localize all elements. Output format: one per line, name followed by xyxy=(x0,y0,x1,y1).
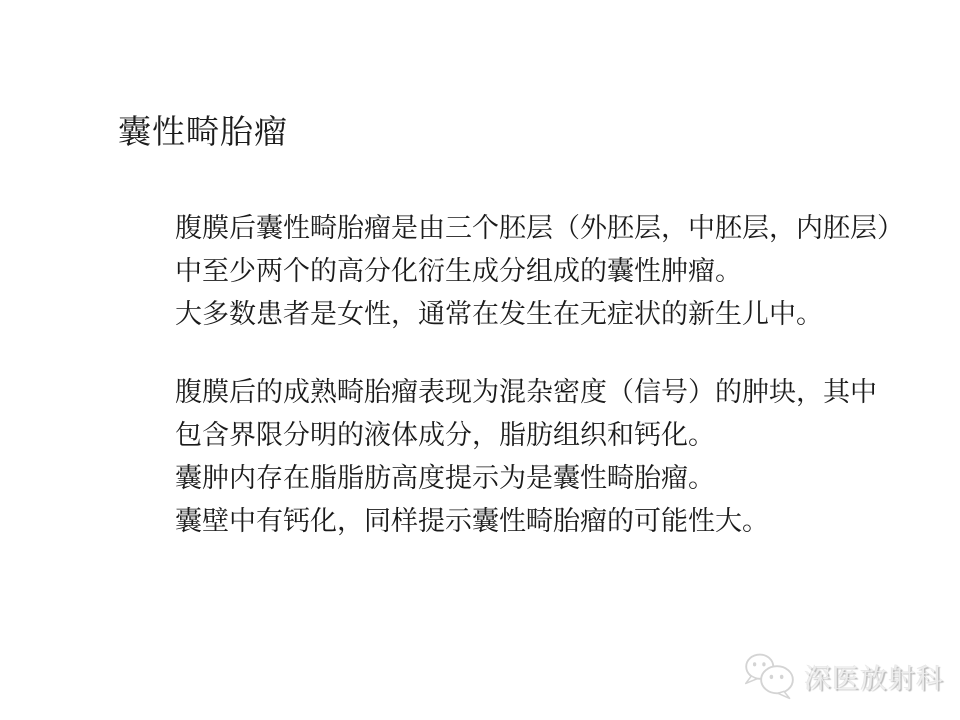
body-line: 囊肿内存在脂脂肪高度提示为是囊性畸胎瘤。 xyxy=(175,457,915,500)
body-line: 囊壁中有钙化，同样提示囊性畸胎瘤的可能性大。 xyxy=(175,500,915,543)
body-line: 腹膜后囊性畸胎瘤是由三个胚层（外胚层，中胚层，内胚层） xyxy=(175,207,915,250)
body-line: 大多数患者是女性，通常在发生在无症状的新生儿中。 xyxy=(175,293,915,336)
body-line: 中至少两个的高分化衍生成分组成的囊性肿瘤。 xyxy=(175,250,915,293)
body-line: 腹膜后的成熟畸胎瘤表现为混杂密度（信号）的肿块，其中 xyxy=(175,371,915,414)
body-line: 包含界限分明的液体成分，脂肪组织和钙化。 xyxy=(175,414,915,457)
slide-body: 腹膜后囊性畸胎瘤是由三个胚层（外胚层，中胚层，内胚层） 中至少两个的高分化衍生成… xyxy=(175,207,915,543)
slide: 囊性畸胎瘤 腹膜后囊性畸胎瘤是由三个胚层（外胚层，中胚层，内胚层） 中至少两个的… xyxy=(0,0,960,720)
slide-title: 囊性畸胎瘤 xyxy=(118,106,288,153)
paragraph-gap xyxy=(175,336,915,371)
watermark-label: 深医放射科 xyxy=(804,657,944,696)
watermark: 深医放射科 xyxy=(742,650,944,702)
wechat-icon xyxy=(742,650,798,702)
